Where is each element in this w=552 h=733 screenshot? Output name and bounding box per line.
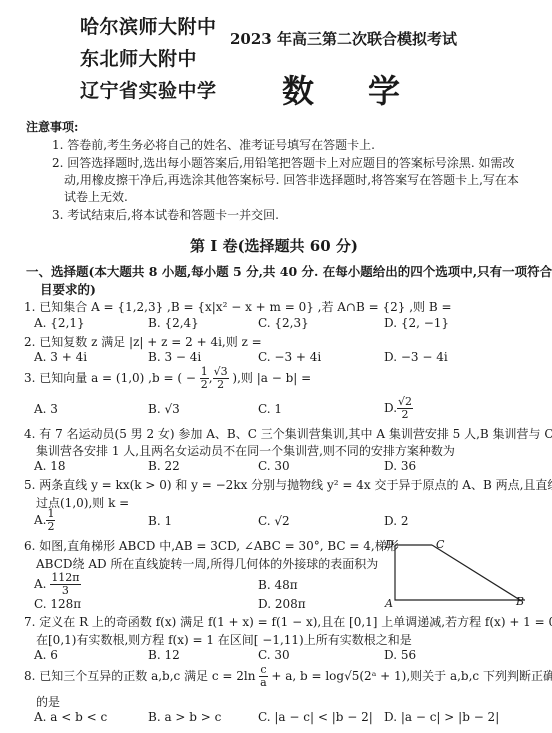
question-1-option-b: B. {2,4} [148,316,199,330]
question-6-stem-cont: ABCD绕 AD 所在直线旋转一周,所得几何体的外接球的表面积为 [36,555,378,572]
figure-label-b: B [516,595,524,608]
question-7-stem-cont: 在[0,1)有实数根,则方程 f(x) = 1 在区间[ −1,11)上所有实数… [36,631,412,648]
question-3-option-a: A. 3 [34,402,58,416]
figure-label-c: C [436,538,444,551]
section-heading: 一、选择题(本大题共 8 小题,每小题 5 分,共 40 分. 在每小题给出的四… [26,262,552,280]
question-8-stem-b: + a, b = log√5(2ᵃ + 1),则关于 a,b,c 下列判断正确 [271,669,552,683]
question-8-stem-a: 8. 已知三个互异的正数 a,b,c 满足 c = 2ln [24,669,256,683]
question-1-option-a: A. {2,1} [34,316,85,330]
question-6-option-a: A. 112π3 [34,572,81,597]
fraction: ca [259,664,267,689]
fraction-denominator: 3 [50,585,80,597]
question-8-option-a: A. a < b < c [34,710,107,724]
question-4-option-d: D. 36 [384,459,416,473]
question-3-option-c: C. 1 [258,402,282,416]
option-label: D. [384,401,397,415]
question-2-option-d: D. −3 − 4i [384,350,448,364]
fraction: 12 [200,366,209,391]
question-8-option-b: B. a > b > c [148,710,221,724]
question-6-option-d: D. 208π [258,597,306,611]
school-name-3: 辽宁省实验中学 [80,76,217,103]
subject-char-2: 学 [368,66,400,112]
question-7-option-a: A. 6 [34,648,58,662]
question-2-stem: 2. 已知复数 z 满足 |z| + z = 2 + 4i,则 z = [24,333,262,350]
question-1-option-d: D. {2, −1} [384,316,449,330]
question-5-option-a: A.12 [34,508,55,533]
question-6-option-b: B. 48π [258,578,298,592]
trapezoid-figure [385,535,535,610]
question-8-stem-cont: 的是 [36,693,60,710]
question-5-option-d: D. 2 [384,514,408,528]
fraction-denominator: 2 [397,409,413,421]
part-title: 第 I 卷(选择题共 60 分) [190,235,358,256]
school-name-2: 东北师大附中 [80,44,197,71]
fraction-denominator: 2 [200,379,209,391]
question-3-option-d: D.√22 [384,396,413,421]
question-4-option-b: B. 22 [148,459,180,473]
option-label: A. [34,577,46,591]
question-7-option-b: B. 12 [148,648,180,662]
question-8-option-c: C. |a − c| < |b − 2| [258,710,373,724]
question-8-stem: 8. 已知三个互异的正数 a,b,c 满足 c = 2ln ca + a, b … [24,664,552,689]
fraction-denominator: 2 [213,379,229,391]
fraction-denominator: 2 [46,521,55,533]
figure-label-a: A [385,597,393,610]
question-5-stem: 5. 两条直线 y = kx(k > 0) 和 y = −2kx 分别与抛物线 … [24,476,552,493]
fraction: √22 [397,396,413,421]
question-4-option-c: C. 30 [258,459,290,473]
question-4-option-a: A. 18 [34,459,66,473]
question-3-stem: 3. 已知向量 a = (1,0) ,b = ( − 12,√32 ),则 |a… [24,366,311,391]
question-4-stem: 4. 有 7 名运动员(5 男 2 女) 参加 A、B、C 三个集训营集训,其中… [24,425,552,442]
question-2-option-a: A. 3 + 4i [34,350,87,364]
question-6-stem: 6. 如图,直角梯形 ABCD 中,AB = 3CD, ∠ABC = 30°, … [24,537,399,554]
question-5-option-b: B. 1 [148,514,172,528]
question-5-option-c: C. √2 [258,514,290,528]
section-heading-cont: 目要求的) [40,280,96,298]
question-6-option-c: C. 128π [34,597,81,611]
question-3-stem-a: 3. 已知向量 a = (1,0) ,b = ( − [24,371,196,385]
notes-heading: 注意事项: [26,118,78,135]
figure-label-d: D [385,538,394,551]
fraction-denominator: a [259,677,267,689]
question-8-option-d: D. |a − c| > |b − 2| [384,710,499,724]
fraction: √32 [213,366,229,391]
question-3-option-b: B. √3 [148,402,180,416]
question-3-stem-c: ),则 |a − b| = [232,371,311,385]
question-1-option-c: C. {2,3} [258,316,309,330]
question-7-option-c: C. 30 [258,648,290,662]
question-7-option-d: D. 56 [384,648,416,662]
note-item: 动,用橡皮擦干净后,再选涂其他答案标号. 回答非选择题时,将答案写在答题卡上,写… [64,171,519,188]
note-item: 1. 答卷前,考生务必将自己的姓名、准考证号填写在答题卡上. [52,136,375,153]
fraction: 112π3 [50,572,80,597]
exam-title: 2023 年高三第二次联合模拟考试 [230,28,457,49]
question-2-option-c: C. −3 + 4i [258,350,321,364]
option-label: A. [34,513,46,527]
fraction: 12 [46,508,55,533]
question-2-option-b: B. 3 − 4i [148,350,201,364]
question-7-stem: 7. 定义在 R 上的奇函数 f(x) 满足 f(1 + x) = f(1 − … [24,613,552,630]
note-item: 3. 考试结束后,将本试卷和答题卡一并交回. [52,206,279,223]
question-1-stem: 1. 已知集合 A = {1,2,3} ,B = {x|x² − x + m =… [24,298,452,315]
question-4-stem-cont: 集训营各安排 1 人,且两名女运动员不在同一个集训营,则不同的安排方案种数为 [36,442,455,459]
note-item: 2. 回答选择题时,选出每小题答案后,用铅笔把答题卡上对应题目的答案标号涂黑. … [52,154,515,171]
subject-char-1: 数 [282,66,314,112]
school-name-1: 哈尔滨师大附中 [80,12,217,39]
note-item: 试卷上无效. [64,188,128,205]
